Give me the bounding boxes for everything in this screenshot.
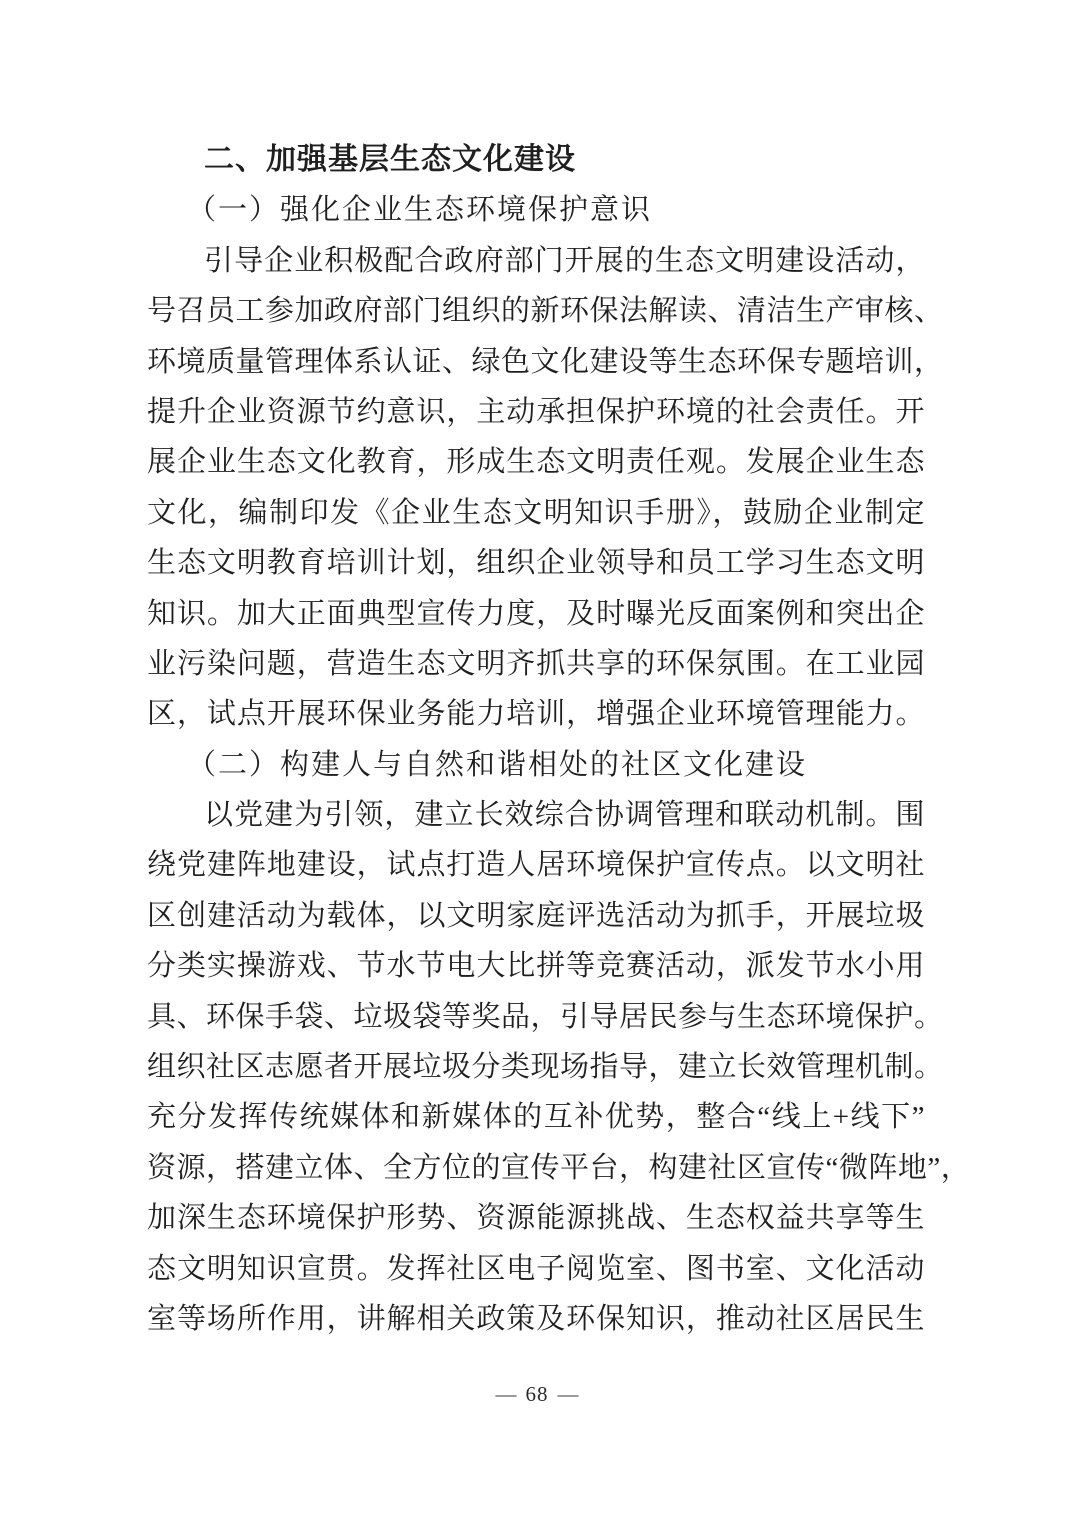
page-footer: —68—: [0, 1382, 1074, 1407]
document-page: 二、加强基层生态文化建设（一）强化企业生态环境保护意识引导企业积极配合政府部门开…: [0, 0, 1074, 1520]
text-line: 知识。加大正面典型宣传力度，及时曝光反面案例和突出企: [147, 589, 925, 639]
text-line: 具、环保手袋、垃圾袋等奖品，引导居民参与生态环境保护。: [147, 992, 925, 1042]
text-line: 加深生态环境保护形势、资源能源挑战、生态权益共享等生: [147, 1193, 925, 1243]
text-line: 绕党建阵地建设，试点打造人居环境保护宣传点。以文明社: [147, 840, 925, 890]
text-line: 生态文明教育培训计划，组织企业领导和员工学习生态文明: [147, 538, 925, 588]
footer-dash-right: —: [558, 1382, 579, 1407]
text-line: 组织社区志愿者开展垃圾分类现场指导，建立长效管理机制。: [147, 1042, 925, 1092]
text-line: 室等场所作用，讲解相关政策及环保知识，推动社区居民生: [147, 1294, 925, 1344]
footer-dash-left: —: [496, 1382, 517, 1407]
text-line: 引导企业积极配合政府部门开展的生态文明建设活动，: [147, 236, 925, 286]
text-line: 提升企业资源节约意识，主动承担保护环境的社会责任。开: [147, 387, 925, 437]
subsection-heading: （二）构建人与自然和谐相处的社区文化建设: [147, 740, 925, 790]
text-line: 资源，搭建立体、全方位的宣传平台，构建社区宣传“微阵地”，: [147, 1143, 925, 1193]
text-line: 分类实操游戏、节水节电大比拼等竞赛活动，派发节水小用: [147, 941, 925, 991]
text-line: 文化，编制印发《企业生态文明知识手册》，鼓励企业制定: [147, 488, 925, 538]
text-line: 环境质量管理体系认证、绿色文化建设等生态环保专题培训，: [147, 337, 925, 387]
text-line: 区，试点开展环保业务能力培训，增强企业环境管理能力。: [147, 689, 925, 739]
text-line: 展企业生态文化教育，形成生态文明责任观。发展企业生态: [147, 437, 925, 487]
text-line: 号召员工参加政府部门组织的新环保法解读、清洁生产审核、: [147, 286, 925, 336]
text-line: 态文明知识宣贯。发挥社区电子阅览室、图书室、文化活动: [147, 1244, 925, 1294]
section-heading: 二、加强基层生态文化建设: [147, 135, 925, 185]
text-line: 区创建活动为载体，以文明家庭评选活动为抓手，开展垃圾: [147, 891, 925, 941]
text-line: 以党建为引领，建立长效综合协调管理和联动机制。围: [147, 790, 925, 840]
text-line: 业污染问题，营造生态文明齐抓共享的环保氛围。在工业园: [147, 639, 925, 689]
document-body: 二、加强基层生态文化建设（一）强化企业生态环境保护意识引导企业积极配合政府部门开…: [147, 135, 925, 1344]
text-line: 充分发挥传统媒体和新媒体的互补优势，整合“线上+线下”: [147, 1092, 925, 1142]
page-number: 68: [526, 1382, 549, 1407]
subsection-heading: （一）强化企业生态环境保护意识: [147, 185, 925, 235]
